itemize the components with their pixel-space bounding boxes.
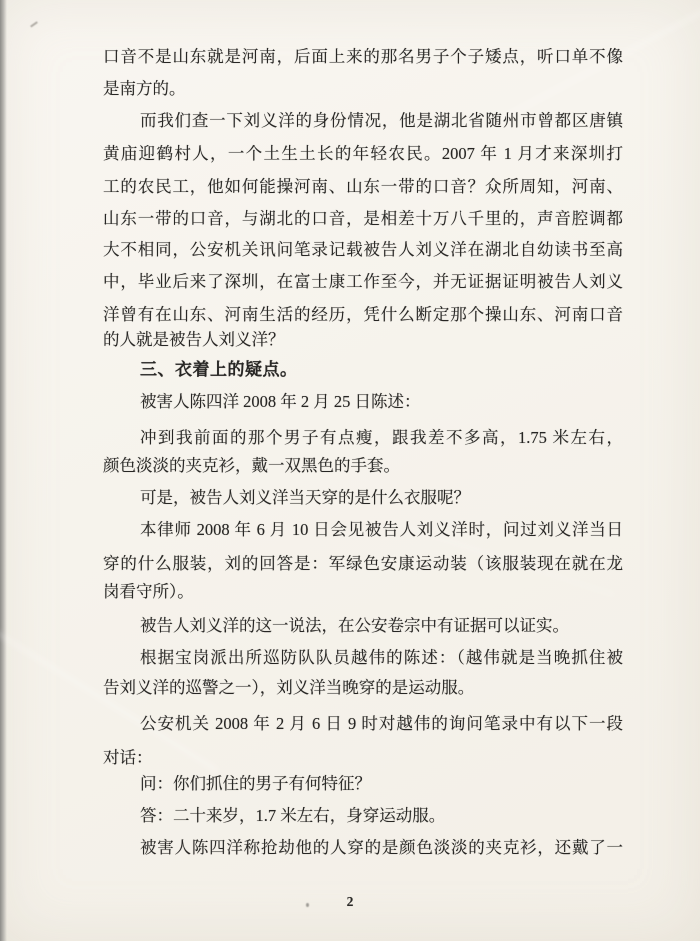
- text-line: 公安机关 2008 年 2 月 6 日 9 时对越伟的询问笔录中有以下一段: [140, 713, 623, 735]
- text-line: 黄庙迎鹤村人，一个土生土长的年轻农民。2007 年 1 月才来深圳打: [103, 143, 623, 165]
- text-line: 答：二十来岁，1.7 米左右，身穿运动服。: [140, 805, 623, 827]
- text-line: 冲到我前面的那个男子有点瘦，跟我差不多高，1.75 米左右，: [140, 427, 623, 449]
- text-line: 而我们查一下刘义洋的身份情况，他是湖北省随州市曾都区唐镇: [140, 110, 623, 132]
- text-line: 岗看守所）。: [103, 581, 623, 603]
- text-line: 山东一带的口音，与湖北的口音，是相差十万八千里的，声音腔调都: [103, 208, 623, 230]
- text-line: 问：你们抓住的男子有何特征？: [140, 773, 623, 795]
- text-line: 口音不是山东就是河南，后面上来的那名男子个子矮点，听口单不像: [103, 46, 623, 68]
- text-line: 中，毕业后来了深圳，在富士康工作至今，并无证据证明被告人刘义: [103, 271, 623, 293]
- text-line: 被害人陈四洋 2008 年 2 月 25 日陈述：: [140, 391, 623, 413]
- text-line: 大不相同，公安机关讯问笔录记载被告人刘义洋在湖北自幼读书至高: [103, 239, 623, 261]
- text-line: 洋曾有在山东、河南生活的经历，凭什么断定那个操山东、河南口音: [103, 304, 623, 326]
- text-line: 被告人刘义洋的这一说法，在公安卷宗中有证据可以证实。: [140, 615, 623, 637]
- text-line: 颜色淡淡的夹克衫，戴一双黑色的手套。: [103, 455, 623, 477]
- scan-edge-shadow: [0, 0, 7, 941]
- pencil-mark: [26, 16, 38, 28]
- text-line: 的人就是被告人刘义洋？: [103, 329, 623, 351]
- text-line: 可是，被告人刘义洋当天穿的是什么衣服呢？: [140, 487, 623, 509]
- text-line: 告刘义洋的巡警之一），刘义洋当晚穿的是运动服。: [103, 677, 623, 699]
- text-line: 是南方的。: [103, 78, 623, 100]
- scanned-document-page: 口音不是山东就是河南，后面上来的那名男子个子矮点，听口单不像 是南方的。 而我们…: [0, 0, 700, 941]
- text-line: 工的农民工，他如何能操河南、山东一带的口音？众所周知，河南、: [103, 176, 623, 198]
- page-number: 2: [0, 894, 700, 910]
- text-line: 穿的什么服装，刘的回答是：军绿色安康运动装（该服装现在就在龙: [103, 553, 623, 575]
- text-line: 根据宝岗派出所巡防队队员越伟的陈述：（越伟就是当晚抓住被: [140, 647, 623, 669]
- text-line: 对话：: [103, 747, 623, 769]
- text-line: 本律师 2008 年 6 月 10 日会见被告人刘义洋时，问过刘义洋当日: [140, 519, 623, 541]
- section-heading: 三、衣着上的疑点。: [140, 359, 623, 381]
- text-line: 被害人陈四洋称抢劫他的人穿的是颜色淡淡的夹克衫，还戴了一: [140, 837, 623, 859]
